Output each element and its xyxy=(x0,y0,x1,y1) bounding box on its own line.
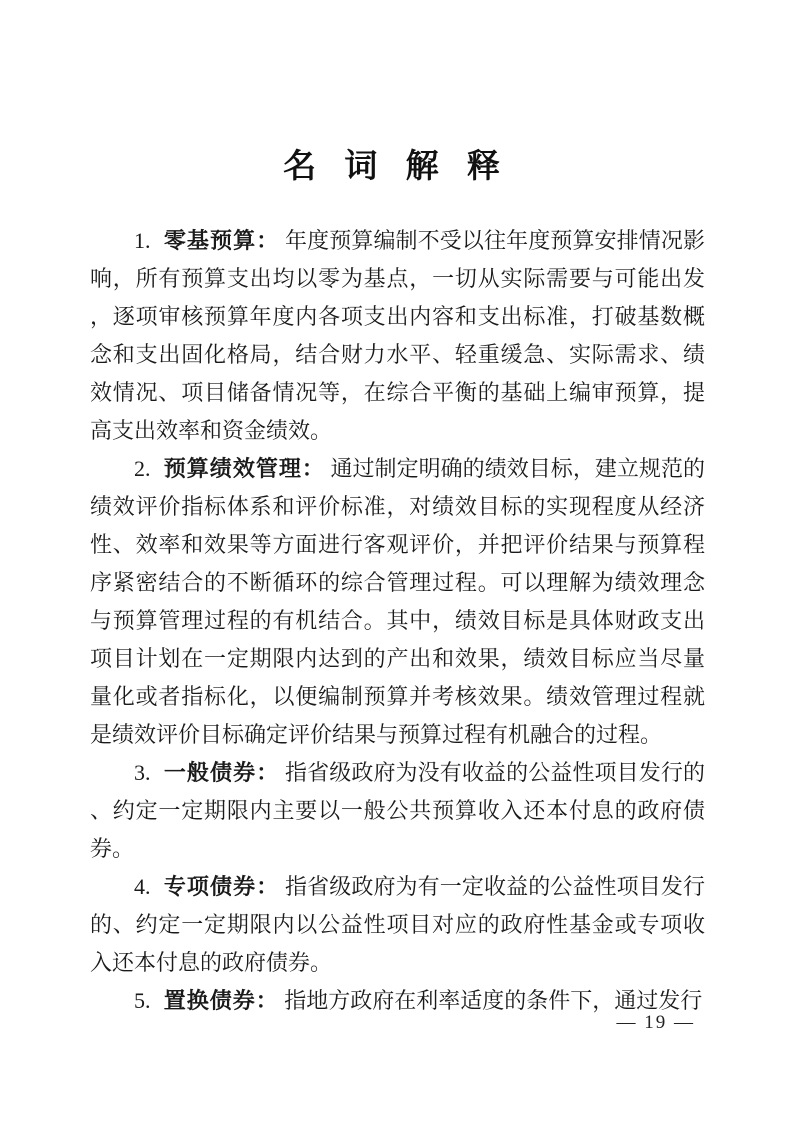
page-number: — 19 — xyxy=(617,1012,696,1034)
term-label: 专项债券： xyxy=(164,874,280,899)
term-definition: 通过制定明确的绩效目标，建立规范的绩效评价指标体系和评价标准，对绩效目标的实现程… xyxy=(90,456,705,747)
document-page: 名 词 解 释 1. 零基预算： 年度预算编制不受以往年度预算安排情况影响，所有… xyxy=(0,0,793,1122)
term-paragraph-3: 3. 一般债券： 指省级政府为没有收益的公益性项目发行的、约定一定期限内主要以一… xyxy=(90,754,705,868)
term-label: 预算绩效管理： xyxy=(164,456,325,481)
term-number: 3. xyxy=(134,760,151,785)
term-number: 2. xyxy=(134,456,151,481)
term-definition: 指地方政府在利率适度的条件下，通过发行 xyxy=(284,988,702,1013)
term-number: 5. xyxy=(134,988,151,1013)
page-title: 名 词 解 释 xyxy=(0,0,793,187)
term-label: 置换债券： xyxy=(164,988,279,1013)
term-number: 4. xyxy=(134,874,151,899)
term-paragraph-5: 5. 置换债券： 指地方政府在利率适度的条件下，通过发行 xyxy=(90,982,705,1020)
term-label: 一般债券： xyxy=(164,760,280,785)
term-label: 零基预算： xyxy=(164,228,280,253)
term-paragraph-4: 4. 专项债券： 指省级政府为有一定收益的公益性项目发行的、约定一定期限内以公益… xyxy=(90,868,705,982)
term-paragraph-2: 2. 预算绩效管理： 通过制定明确的绩效目标，建立规范的绩效评价指标体系和评价标… xyxy=(90,450,705,754)
term-number: 1. xyxy=(134,228,151,253)
term-paragraph-1: 1. 零基预算： 年度预算编制不受以往年度预算安排情况影响，所有预算支出均以零为… xyxy=(90,222,705,450)
document-body: 1. 零基预算： 年度预算编制不受以往年度预算安排情况影响，所有预算支出均以零为… xyxy=(90,222,705,1020)
term-definition: 年度预算编制不受以往年度预算安排情况影响，所有预算支出均以零为基点，一切从实际需… xyxy=(90,228,705,443)
